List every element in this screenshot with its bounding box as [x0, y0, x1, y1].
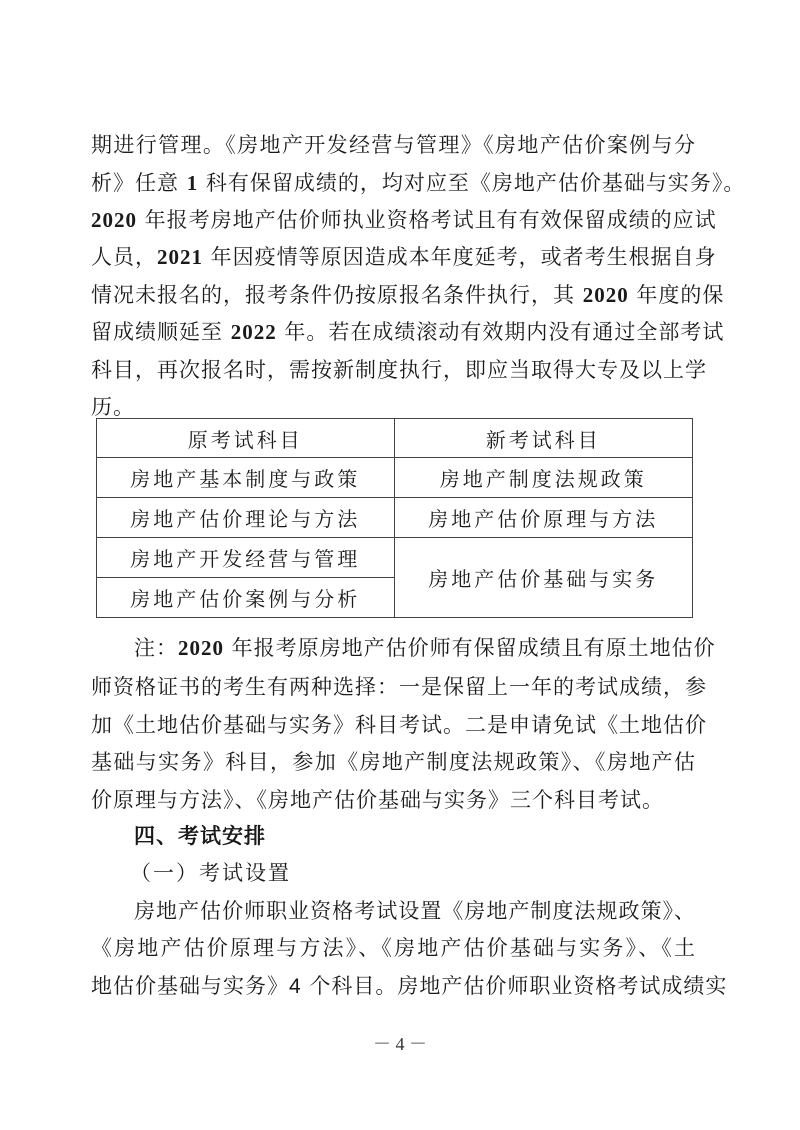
text-run: 年报考原房地产估价师有保留成绩且有原土地估价 [224, 636, 716, 660]
text-line: 基础与实务》科目，参加《房地产制度法规政策》、《房地产估 [91, 747, 696, 777]
text-line: 房地产估价师职业资格考试设置《房地产制度法规政策》、 [134, 896, 696, 926]
text-line: 加《土地估价基础与实务》科目考试。二是申请免试《土地估价 [91, 710, 696, 740]
text-line: 地估价基础与实务》4 个科目。房地产估价师职业资格考试成绩实 [91, 971, 696, 1001]
table-row: 房地产开发经营与管理 房地产估价基础与实务 [97, 538, 693, 578]
text-run: 历。 [91, 395, 135, 419]
text-line: 2020 年报考房地产估价师执业资格考试且有有效保留成绩的应试 [91, 205, 696, 235]
text-run: 情况未报名的，报考条件仍按原报名条件执行，其 [91, 283, 583, 307]
table-header-row: 原考试科目 新考试科目 [97, 419, 693, 458]
text-run: 科有保留成绩的，均对应至《房地产估价基础与实务》。 [198, 171, 745, 195]
text-line: 科目，再次报名时，需按新制度执行，即应当取得大专及以上学 [91, 355, 696, 385]
text-run: 年度的保 [629, 283, 725, 307]
text-run: 《房地产估价原理与方法》、《房地产估价基础与实务》、《土 [91, 936, 696, 960]
number-text: 2020 [91, 208, 137, 232]
text-run: 析》任意 [91, 171, 187, 195]
text-line: 情况未报名的，报考条件仍按原报名条件执行，其 2020 年度的保 [91, 280, 696, 310]
number-text: 2022 [231, 320, 277, 344]
number-text: 1 [187, 171, 199, 195]
page-number: － 4 － [0, 1030, 800, 1056]
section-heading-exam-arrangement: 四、考试安排 [134, 821, 266, 851]
text-run: 期进行管理。《房地产开发经营与管理》《房地产估价案例与分 [91, 133, 696, 157]
new-subject-cell: 房地产估价基础与实务 [394, 538, 693, 618]
number-text: 4 [289, 975, 302, 998]
text-line: 留成绩顺延至 2022 年。若在成绩滚动有效期内没有通过全部考试 [91, 317, 696, 347]
new-subject-cell: 房地产估价原理与方法 [394, 498, 693, 538]
text-run: 科目，再次报名时，需按新制度执行，即应当取得大专及以上学 [91, 358, 707, 382]
text-run: 地估价基础与实务》 [91, 974, 289, 998]
text-run: 注： [134, 636, 178, 660]
number-text: 2020 [583, 283, 629, 307]
subject-mapping-table: 原考试科目 新考试科目 房地产基本制度与政策 房地产制度法规政策 房地产估价理论… [96, 418, 693, 618]
table-row: 房地产估价理论与方法 房地产估价原理与方法 [97, 498, 693, 538]
text-run: 基础与实务》科目，参加《房地产制度法规政策》、《房地产估 [91, 750, 696, 774]
old-subject-cell: 房地产开发经营与管理 [97, 538, 395, 578]
text-run: 加《土地估价基础与实务》科目考试。二是申请免试《土地估价 [91, 713, 707, 737]
text-line: 价原理与方法》、《房地产估价基础与实务》三个科目考试。 [91, 785, 664, 815]
text-line: 期进行管理。《房地产开发经营与管理》《房地产估价案例与分 [91, 130, 696, 160]
subsection-heading-exam-setup: （一）考试设置 [130, 858, 291, 888]
text-line: 《房地产估价原理与方法》、《房地产估价基础与实务》、《土 [91, 933, 696, 963]
number-text: 2021 [157, 245, 203, 269]
text-line: 师资格证书的考生有两种选择：一是保留上一年的考试成绩，参 [91, 672, 696, 702]
old-subject-cell: 房地产估价理论与方法 [97, 498, 395, 538]
number-text: 2020 [178, 636, 224, 660]
text-run: 年因疫情等原因造成本年度延考，或者考生根据自身 [203, 245, 717, 269]
text-line: 注：2020 年报考原房地产估价师有保留成绩且有原土地估价 [134, 633, 696, 663]
table-row: 房地产基本制度与政策 房地产制度法规政策 [97, 458, 693, 498]
text-run: 师资格证书的考生有两种选择：一是保留上一年的考试成绩，参 [91, 675, 707, 699]
text-run: 留成绩顺延至 [91, 320, 231, 344]
header-new-subjects: 新考试科目 [394, 419, 693, 458]
text-line: 析》任意 1 科有保留成绩的，均对应至《房地产估价基础与实务》。 [91, 168, 696, 198]
new-subject-cell: 房地产制度法规政策 [394, 458, 693, 498]
text-run: 价原理与方法》、《房地产估价基础与实务》三个科目考试。 [91, 788, 664, 812]
header-old-subjects: 原考试科目 [97, 419, 395, 458]
text-run: 个科目。房地产估价师职业资格考试成绩实 [302, 974, 728, 998]
text-run: 年报考房地产估价师执业资格考试且有有效保留成绩的应试 [137, 208, 717, 232]
text-run: 人员， [91, 245, 157, 269]
text-run: 年。若在成绩滚动有效期内没有通过全部考试 [277, 320, 725, 344]
old-subject-cell: 房地产估价案例与分析 [97, 578, 395, 618]
old-subject-cell: 房地产基本制度与政策 [97, 458, 395, 498]
text-run: 房地产估价师职业资格考试设置《房地产制度法规政策》、 [134, 899, 696, 923]
text-line: 人员，2021 年因疫情等原因造成本年度延考，或者考生根据自身 [91, 242, 696, 272]
